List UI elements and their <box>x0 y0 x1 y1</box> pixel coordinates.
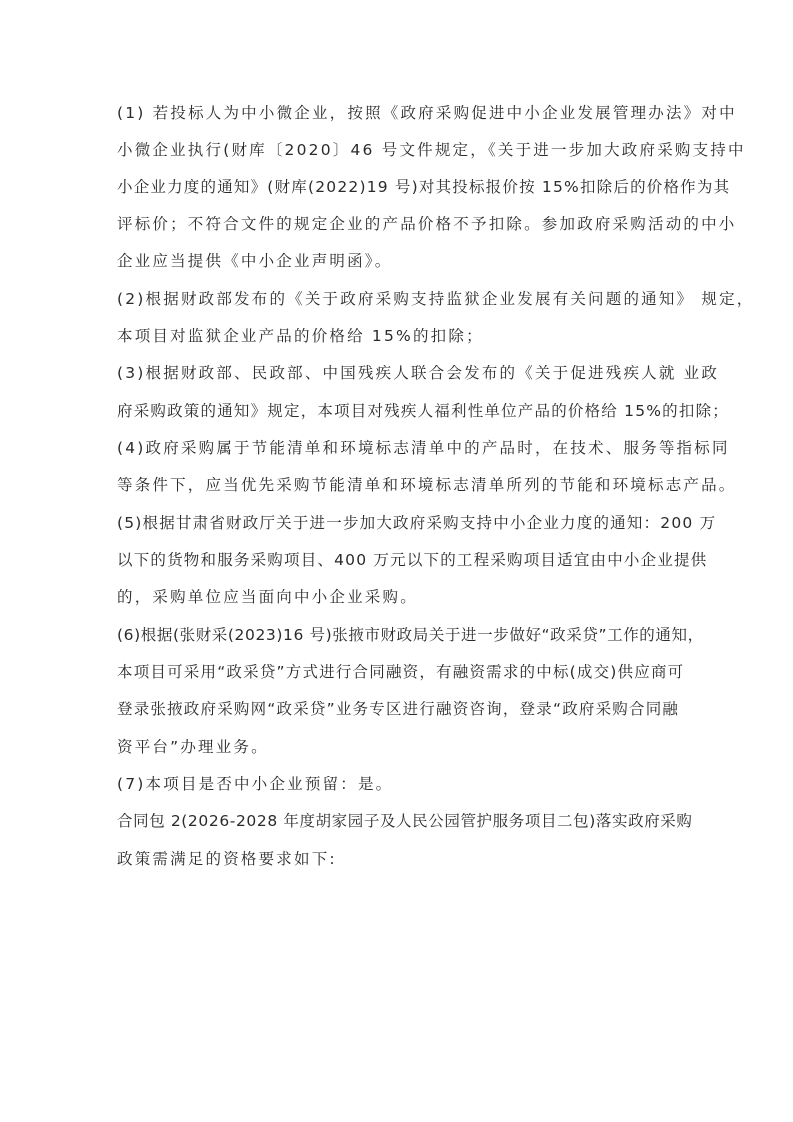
paragraph-6-line-4: 资平台”办理业务。 <box>117 735 682 759</box>
paragraph-7-line-1: (7)本项目是否中小企业预留：是。 <box>117 772 682 796</box>
paragraph-1-line-3: 小企业力度的通知》(财库(2022)19 号)对其投标报价按 15%扣除后的价格… <box>117 175 682 199</box>
paragraph-6-line-1: (6)根据(张财采(2023)16 号)张掖市财政局关于进一步做好“政采贷”工作… <box>117 623 682 647</box>
paragraph-5-line-3: 的，采购单位应当面向中小企业采购。 <box>117 585 682 609</box>
paragraph-6-line-2: 本项目可采用“政采贷”方式进行合同融资，有融资需求的中标(成交)供应商可 <box>117 660 682 684</box>
paragraph-5-line-1: (5)根据甘肃省财政厅关于进一步加大政府采购支持中小企业力度的通知：200 万 <box>117 511 682 535</box>
paragraph-5-line-2: 以下的货物和服务采购项目、400 万元以下的工程采购项目适宜由中小企业提供 <box>117 548 682 572</box>
document-page: (1) 若投标人为中小微企业，按照《政府采购促进中小企业发展管理办法》对中 小微… <box>0 0 793 1122</box>
paragraph-1-line-2: 小微企业执行(财库〔2020〕46 号文件规定，《关于进一步加大政府采购支持中 <box>117 138 682 162</box>
paragraph-4-line-2: 等条件下，应当优先采购节能清单和环境标志清单所列的节能和环境标志产品。 <box>117 473 682 497</box>
paragraph-1-line-5: 企业应当提供《中小企业声明函》。 <box>117 249 682 273</box>
contract-package-line-2: 政策需满足的资格要求如下: <box>117 847 682 871</box>
paragraph-6-line-3: 登录张掖政府采购网“政采贷”业务专区进行融资咨询，登录“政府采购合同融 <box>117 697 682 721</box>
paragraph-3-line-1: (3)根据财政部、民政部、中国残疾人联合会发布的《关于促进残疾人就 业政 <box>117 361 682 385</box>
paragraph-2-line-2: 本项目对监狱企业产品的价格给 15%的扣除； <box>117 324 682 348</box>
paragraph-1-line-1: (1) 若投标人为中小微企业，按照《政府采购促进中小企业发展管理办法》对中 <box>117 101 682 125</box>
paragraph-2-line-1: (2)根据财政部发布的《关于政府采购支持监狱企业发展有关问题的通知》 规定， <box>117 287 682 311</box>
paragraph-1-line-4: 评标价；不符合文件的规定企业的产品价格不予扣除。参加政府采购活动的中小 <box>117 212 682 236</box>
paragraph-3-line-2: 府采购政策的通知》规定，本项目对残疾人福利性单位产品的价格给 15%的扣除； <box>117 399 682 423</box>
contract-package-line-1: 合同包 2(2026-2028 年度胡家园子及人民公园管护服务项目二包)落实政府… <box>117 809 682 833</box>
paragraph-4-line-1: (4)政府采购属于节能清单和环境标志清单中的产品时，在技术、服务等指标同 <box>117 436 682 460</box>
